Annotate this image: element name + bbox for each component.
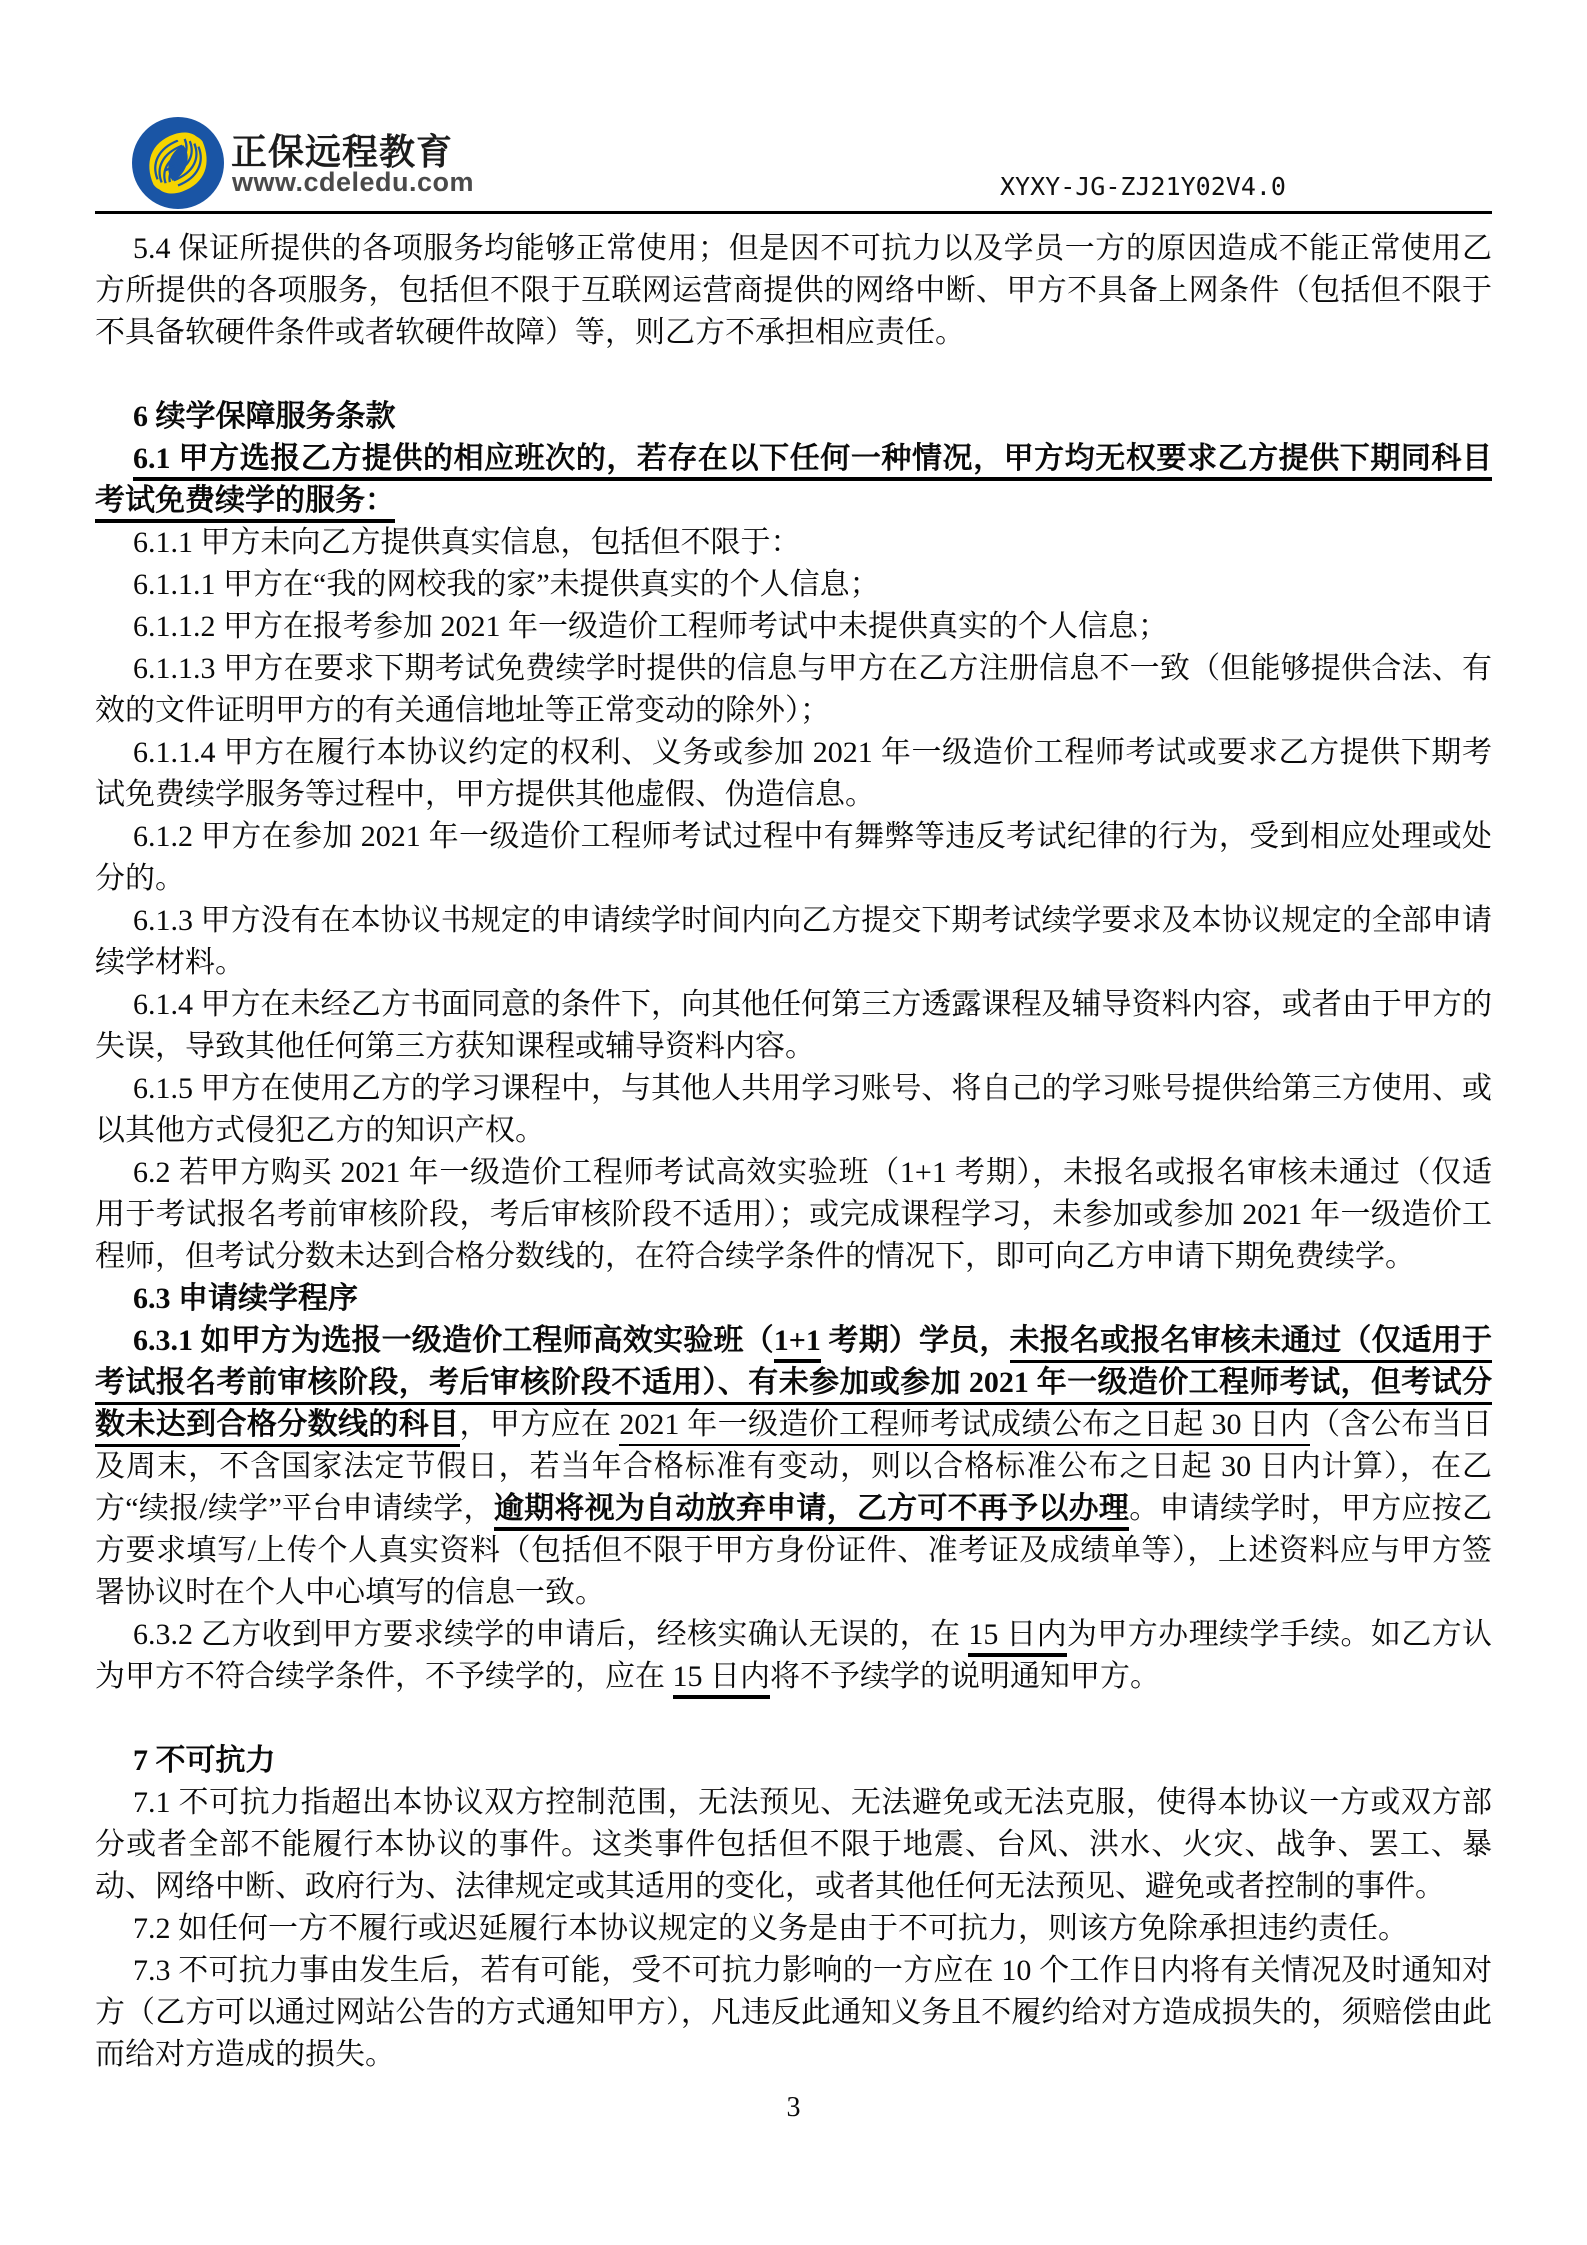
document-body: 5.4 保证所提供的各项服务均能够正常使用；但是因不可抗力以及学员一方的原因造成… [95, 218, 1492, 2076]
text-run: 7.3 不可抗力事由发生后，若有可能，受不可抗力影响的一方应在 10 个工作日内… [95, 1954, 1492, 2071]
clause-6-1-1-3: 6.1.1.3 甲方在要求下期考试免费续学时提供的信息与甲方在乙方注册信息不一致… [95, 648, 1492, 732]
clause-6-1-1: 6.1.1 甲方未向乙方提供真实信息，包括但不限于： [95, 522, 1492, 564]
text-run: 15 日内 [968, 1618, 1067, 1657]
clause-6-3-1: 6.3.1 如甲方为选报一级造价工程师高效实验班（1+1 考期）学员，未报名或报… [95, 1320, 1492, 1614]
brand-url: www.cdeledu.com [232, 167, 474, 198]
heading-7: 7 不可抗力 [95, 1740, 1492, 1782]
text-run: 5.4 保证所提供的各项服务均能够正常使用；但是因不可抗力以及学员一方的原因造成… [95, 232, 1492, 349]
clause-6-1-2: 6.1.2 甲方在参加 2021 年一级造价工程师考试过程中有舞弊等违反考试纪律… [95, 816, 1492, 900]
text-run: 6.1.5 甲方在使用乙方的学习课程中，与其他人共用学习账号、将自己的学习账号提… [95, 1072, 1492, 1147]
text-run: 6.3.1 如甲方为选报一级造价工程师高效实验班（ [133, 1324, 774, 1357]
document-code: XYXY-JG-ZJ21Y02V4.0 [1000, 172, 1286, 201]
text-run: 7.2 如任何一方不履行或迟延履行本协议规定的义务是由于不可抗力，则该方免除承担… [133, 1912, 1408, 1945]
text-run: 逾期将视为自动放弃申请，乙方可不再予以办理 [494, 1492, 1129, 1531]
clause-6-1-3: 6.1.3 甲方没有在本协议书规定的申请续学时间内向乙方提交下期考试续学要求及本… [95, 900, 1492, 984]
text-run: 考期）学员， [821, 1324, 1010, 1357]
clause-6-2: 6.2 若甲方购买 2021 年一级造价工程师考试高效实验班（1+1 考期），未… [95, 1152, 1492, 1278]
text-run: 6 续学保障服务条款 [133, 400, 396, 433]
text-run: 6.1.1.1 甲方在“我的网校我的家”未提供真实的个人信息； [133, 568, 880, 601]
text-run: 6.3 申请续学程序 [133, 1282, 358, 1315]
text-run: 将不予续学的说明通知甲方。 [770, 1660, 1160, 1693]
text-run: 6.1 甲方选报乙方提供的相应班次的，若存在以下任何一种情况，甲方均无权要求乙方… [95, 442, 1492, 523]
text-run: 6.1.1.4 甲方在履行本协议约定的权利、义务或参加 2021 年一级造价工程… [95, 736, 1492, 811]
clause-5-4: 5.4 保证所提供的各项服务均能够正常使用；但是因不可抗力以及学员一方的原因造成… [95, 228, 1492, 354]
heading-6-3: 6.3 申请续学程序 [95, 1278, 1492, 1320]
clause-6-1-1-2: 6.1.1.2 甲方在报考参加 2021 年一级造价工程师考试中未提供真实的个人… [95, 606, 1492, 648]
text-run: 2021 年一级造价工程师考试成绩公布之日起 30 日内 [619, 1408, 1310, 1446]
clause-6-1-1-1: 6.1.1.1 甲方在“我的网校我的家”未提供真实的个人信息； [95, 564, 1492, 606]
brand-logo [132, 117, 224, 209]
text-run: 6.3.2 乙方收到甲方要求续学的申请后，经核实确认无误的，在 [133, 1618, 968, 1651]
heading-6: 6 续学保障服务条款 [95, 396, 1492, 438]
header-divider [95, 211, 1492, 214]
document-header: 正保远程教育 www.cdeledu.com XYXY-JG-ZJ21Y02V4… [0, 0, 1587, 218]
text-run: 6.1.2 甲方在参加 2021 年一级造价工程师考试过程中有舞弊等违反考试纪律… [95, 820, 1492, 895]
text-run: 1+1 [774, 1324, 821, 1363]
text-run: 6.1.1.2 甲方在报考参加 2021 年一级造价工程师考试中未提供真实的个人… [133, 610, 1168, 643]
clause-6-1-1-4: 6.1.1.4 甲方在履行本协议约定的权利、义务或参加 2021 年一级造价工程… [95, 732, 1492, 816]
clause-7-1: 7.1 不可抗力指超出本协议双方控制范围，无法预见、无法避免或无法克服，使得本协… [95, 1782, 1492, 1908]
text-run: 6.1.3 甲方没有在本协议书规定的申请续学时间内向乙方提交下期考试续学要求及本… [95, 904, 1492, 979]
text-run: 6.1.4 甲方在未经乙方书面同意的条件下，向其他任何第三方透露课程及辅导资料内… [95, 988, 1492, 1063]
text-run: 6.1.1 甲方未向乙方提供真实信息，包括但不限于： [133, 526, 801, 559]
contract-page: 正保远程教育 www.cdeledu.com XYXY-JG-ZJ21Y02V4… [0, 0, 1587, 2245]
clause-6-3-2: 6.3.2 乙方收到甲方要求续学的申请后，经核实确认无误的，在 15 日内为甲方… [95, 1614, 1492, 1698]
clause-6-1-4: 6.1.4 甲方在未经乙方书面同意的条件下，向其他任何第三方透露课程及辅导资料内… [95, 984, 1492, 1068]
text-run: 7 不可抗力 [133, 1744, 276, 1777]
text-run: 6.1.1.3 甲方在要求下期考试免费续学时提供的信息与甲方在乙方注册信息不一致… [95, 652, 1492, 727]
text-run: 6.2 若甲方购买 2021 年一级造价工程师考试高效实验班（1+1 考期），未… [95, 1156, 1492, 1273]
page-number: 3 [0, 2092, 1587, 2124]
clause-7-3: 7.3 不可抗力事由发生后，若有可能，受不可抗力影响的一方应在 10 个工作日内… [95, 1950, 1492, 2076]
text-run: 7.1 不可抗力指超出本协议双方控制范围，无法预见、无法避免或无法克服，使得本协… [95, 1786, 1492, 1903]
text-run: ，甲方应在 [460, 1408, 620, 1441]
text-run: 15 日内 [673, 1660, 771, 1699]
brand-logo-icon [132, 117, 224, 209]
clause-7-2: 7.2 如任何一方不履行或迟延履行本协议规定的义务是由于不可抗力，则该方免除承担… [95, 1908, 1492, 1950]
clause-6-1: 6.1 甲方选报乙方提供的相应班次的，若存在以下任何一种情况，甲方均无权要求乙方… [95, 438, 1492, 522]
clause-6-1-5: 6.1.5 甲方在使用乙方的学习课程中，与其他人共用学习账号、将自己的学习账号提… [95, 1068, 1492, 1152]
